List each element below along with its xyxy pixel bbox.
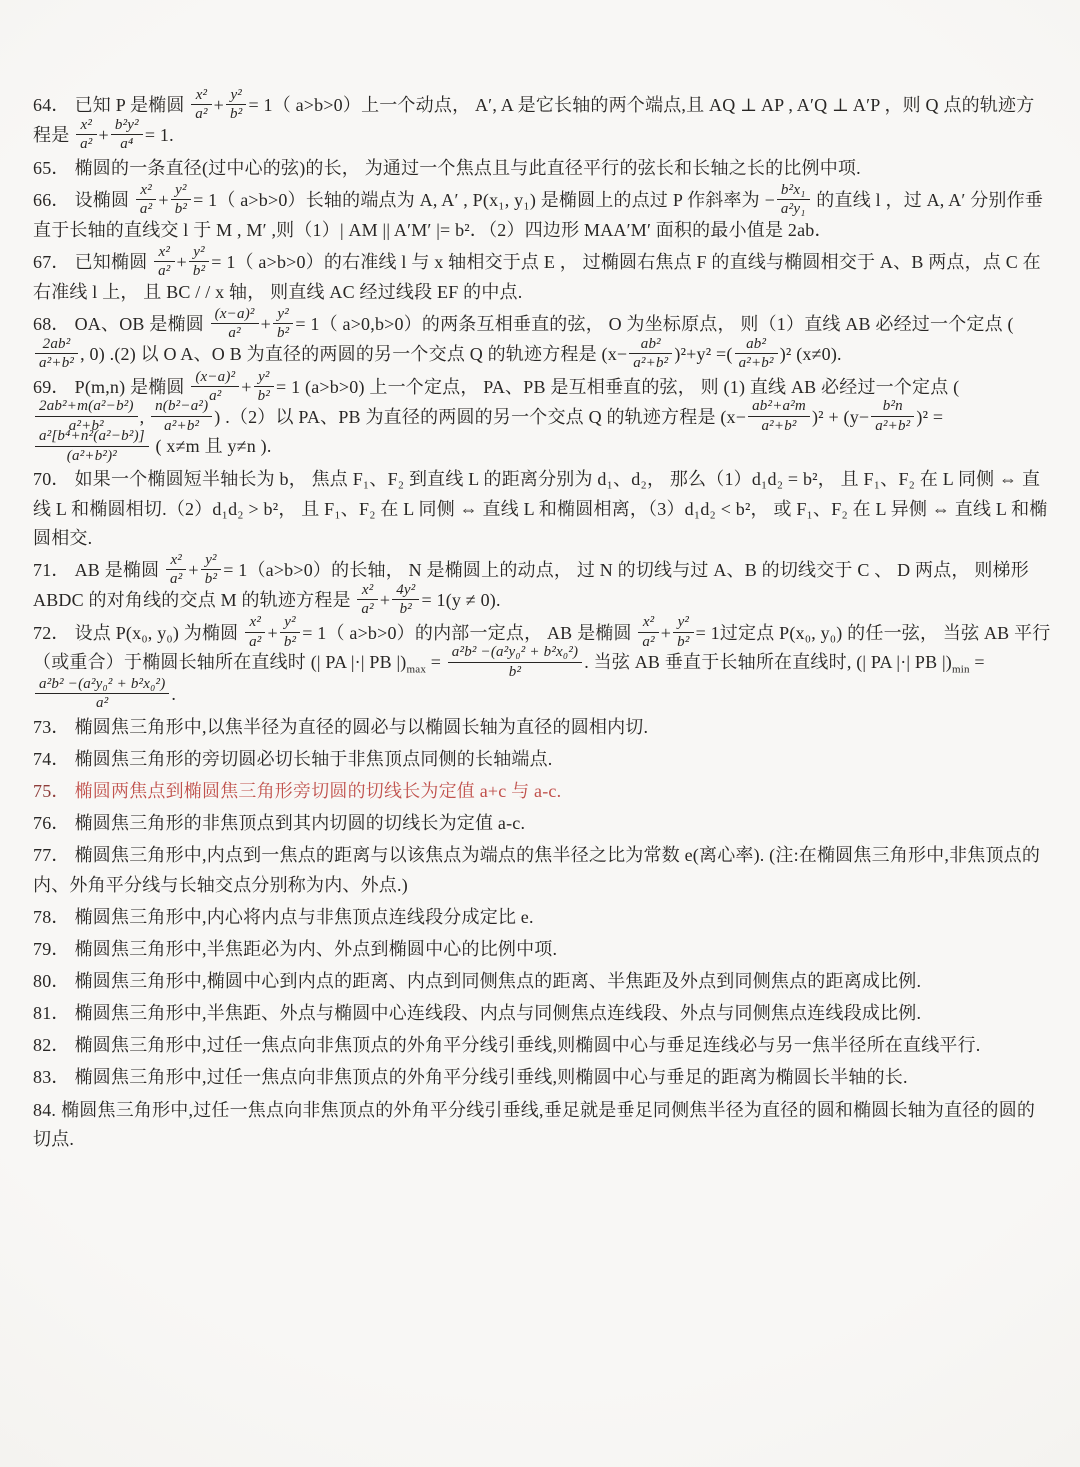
denominator: b² [273, 324, 293, 342]
denominator: a² [245, 633, 265, 651]
denominator: b² [280, 633, 300, 651]
numerator: a²[b⁴+n²(a²−b²)] [35, 428, 149, 447]
item-number: 65． [33, 158, 70, 178]
text-run: + [661, 623, 671, 643]
item-74: 74．椭圆焦三角形的旁切圆必切长轴于非焦顶点同侧的长轴端点. [33, 745, 1052, 774]
denominator: a² [638, 633, 658, 651]
denominator: a²+b² [151, 417, 212, 435]
item-number: 76． [33, 813, 70, 833]
text-run: 椭圆焦三角形中,过任一焦点向非焦顶点的外角平分线引垂线,则椭圆中心与垂足的距离为… [75, 1067, 908, 1087]
fraction: y²b² [280, 614, 300, 650]
denominator: a⁴ [111, 135, 143, 153]
denominator: a²+b² [735, 354, 778, 372]
items-container: 64．已知 P 是椭圆 x²a²+y²b²= 1（ a>b>0）上一个动点， A… [33, 91, 1052, 1154]
item-67: 67．已知椭圆 x²a²+y²b²= 1（ a>b>0）的右准线 l 与 x 轴… [33, 248, 1052, 307]
denominator: a² [166, 570, 186, 588]
item-83: 83．椭圆焦三角形中,过任一焦点向非焦顶点的外角平分线引垂线,则椭圆中心与垂足的… [33, 1063, 1052, 1092]
fraction: y²b² [189, 244, 209, 280]
fraction: y²b² [226, 87, 246, 123]
numerator: b²x₁ [777, 182, 810, 201]
denominator: a² [136, 200, 156, 218]
denominator: a² [35, 694, 169, 712]
item-number: 83． [33, 1067, 70, 1087]
item-number: 77． [33, 845, 70, 865]
text-run: + [177, 252, 187, 272]
item-number: 64． [33, 95, 70, 115]
numerator: y² [254, 369, 274, 388]
fraction: n(b²−a²)a²+b² [151, 398, 212, 434]
text-run: = 1(y ≠ 0). [421, 590, 500, 610]
fraction: y²b² [273, 306, 293, 342]
item-80: 80．椭圆焦三角形中,椭圆中心到内点的距离、内点到同侧焦点的距离、半焦距及外点到… [33, 967, 1052, 996]
text-run: 椭圆焦三角形中,内心将内点与非焦顶点连线段分成定比 e. [75, 907, 534, 927]
text-run: 椭圆两焦点到椭圆焦三角形旁切圆的切线长为定值 a+c 与 a-c. [75, 781, 562, 801]
numerator: y² [273, 306, 293, 325]
numerator: n(b²−a²) [151, 398, 212, 417]
item-number: 75． [33, 781, 70, 801]
fraction: a²[b⁴+n²(a²−b²)](a²+b²)² [35, 428, 149, 464]
text-run: + [99, 125, 109, 145]
text-run: = 1（ a>b>0）的内部一定点， AB 是椭圆 [302, 623, 636, 643]
fraction: x²a² [638, 614, 658, 650]
fraction: y²b² [171, 182, 191, 218]
text-run: 椭圆焦三角形中,半焦距、外点与椭圆中心连线段、内点与同侧焦点连线段、外点与同侧焦… [75, 1003, 922, 1023]
denominator: a²+b² [871, 417, 914, 435]
fraction: a²b² −(a²y₀² + b²x₀²)b² [448, 644, 582, 680]
numerator: ab² [629, 336, 672, 355]
text-run: = 1（ a>0,b>0）的两条互相垂直的弦， O 为坐标原点， 则（1）直线 … [295, 314, 1013, 334]
fraction: y²b² [254, 369, 274, 405]
numerator: (x−a)² [191, 369, 239, 388]
fraction: b²na²+b² [871, 398, 914, 434]
numerator: y² [201, 552, 221, 571]
item-number: 66． [33, 190, 70, 210]
text-run: = [426, 652, 446, 672]
denominator: b² [201, 570, 221, 588]
subscript: max [406, 664, 426, 676]
text-run: 椭圆的一条直径(过中心的弦)的长， 为通过一个焦点且与此直径平行的弦长和长轴之长… [75, 158, 861, 178]
fraction: x²a² [357, 582, 377, 618]
numerator: x² [638, 614, 658, 633]
item-number: 67． [33, 252, 70, 272]
text-run: , [140, 407, 149, 427]
numerator: y² [280, 614, 300, 633]
numerator: 2ab² [35, 336, 78, 355]
text-run: + [267, 623, 277, 643]
text-run: 椭圆焦三角形的旁切圆必切长轴于非焦顶点同侧的长轴端点. [75, 749, 553, 769]
text-run: . [171, 684, 176, 704]
fraction: b²x₁a²y₁ [777, 182, 810, 218]
text-run: = 1（ a>b>0）长轴的端点为 A, A′ , P(x₁, y₁) 是椭圆上… [193, 190, 775, 210]
numerator: b²n [871, 398, 914, 417]
document-page: 64．已知 P 是椭圆 x²a²+y²b²= 1（ a>b>0）上一个动点， A… [0, 0, 1080, 1467]
item-number: 84. [33, 1100, 56, 1120]
numerator: x² [191, 87, 211, 106]
fraction: b²y²a⁴ [111, 117, 143, 153]
item-number: 80． [33, 971, 70, 991]
item-number: 81． [33, 1003, 70, 1023]
item-number: 72． [33, 623, 70, 643]
denominator: a² [357, 600, 377, 618]
numerator: 2ab²+m(a²−b²) [35, 398, 138, 417]
fraction: x²a² [191, 87, 211, 123]
item-82: 82．椭圆焦三角形中,过任一焦点向非焦顶点的外角平分线引垂线,则椭圆中心与垂足连… [33, 1031, 1052, 1060]
denominator: a² [76, 135, 96, 153]
numerator: x² [166, 552, 186, 571]
numerator: y² [226, 87, 246, 106]
denominator: b² [254, 387, 274, 405]
numerator: x² [76, 117, 96, 136]
denominator: b² [171, 200, 191, 218]
text-run: = [970, 652, 985, 672]
numerator: ab² [735, 336, 778, 355]
text-run: ) .（2）以 PA、PB 为直径的两圆的另一个交点 Q 的轨迹方程是 (x− [214, 407, 746, 427]
fraction: x²a² [166, 552, 186, 588]
fraction: y²b² [673, 614, 693, 650]
denominator: a²y₁ [777, 200, 810, 218]
denominator: a²+b² [35, 354, 78, 372]
text-run: 设点 P(x₀, y₀) 为椭圆 [75, 623, 243, 643]
text-run: 已知 P 是椭圆 [75, 95, 190, 115]
item-number: 69． [33, 377, 70, 397]
fraction: x²a² [136, 182, 156, 218]
item-65: 65．椭圆的一条直径(过中心的弦)的长， 为通过一个焦点且与此直径平行的弦长和长… [33, 154, 1052, 183]
fraction: 2ab²a²+b² [35, 336, 78, 372]
item-number: 71． [33, 560, 70, 580]
item-79: 79．椭圆焦三角形中,半焦距必为内、外点到椭圆中心的比例中项. [33, 935, 1052, 964]
numerator: x² [136, 182, 156, 201]
fraction: 4y²b² [392, 582, 419, 618]
text-run: OA、OB 是椭圆 [75, 314, 209, 334]
text-run: + [380, 590, 390, 610]
text-run: , 0) .(2) 以 O A、O B 为直径的两圆的另一个交点 Q 的轨迹方程… [80, 344, 627, 364]
denominator: b² [673, 633, 693, 651]
denominator: a² [211, 324, 259, 342]
item-66: 66．设椭圆 x²a²+y²b²= 1（ a>b>0）长轴的端点为 A, A′ … [33, 186, 1052, 245]
text-run: ( x≠m 且 y≠n ). [151, 436, 272, 456]
subscript: min [952, 664, 970, 676]
numerator: ab²+a²m [748, 398, 810, 417]
text-run: = 1. [145, 125, 174, 145]
text-run: AB 是椭圆 [75, 560, 164, 580]
denominator: a²+b² [748, 417, 810, 435]
item-number: 82． [33, 1035, 70, 1055]
numerator: y² [189, 244, 209, 263]
text-run: 设椭圆 [75, 190, 134, 210]
item-71: 71．AB 是椭圆 x²a²+y²b²= 1（a>b>0）的长轴， N 是椭圆上… [33, 556, 1052, 616]
fraction: x²a² [76, 117, 96, 153]
fraction: ab²a²+b² [735, 336, 778, 372]
item-number: 73． [33, 717, 70, 737]
fraction: (x−a)²a² [211, 306, 259, 342]
numerator: y² [673, 614, 693, 633]
text-run: )² (x≠0). [780, 344, 842, 364]
text-run: + [261, 314, 271, 334]
item-81: 81．椭圆焦三角形中,半焦距、外点与椭圆中心连线段、内点与同侧焦点连线段、外点与… [33, 999, 1052, 1028]
fraction: x²a² [245, 614, 265, 650]
text-run: = 1 (a>b>0) 上一个定点， PA、PB 是互相垂直的弦， 则 (1) … [276, 377, 959, 397]
denominator: a²+b² [629, 354, 672, 372]
item-75: 75．椭圆两焦点到椭圆焦三角形旁切圆的切线长为定值 a+c 与 a-c. [33, 777, 1052, 806]
item-68: 68．OA、OB 是椭圆 (x−a)²a²+y²b²= 1（ a>0,b>0）的… [33, 310, 1052, 370]
text-run: 如果一个椭圆短半轴长为 b， 焦点 F₁、F₂ 到直线 L 的距离分别为 d₁、… [33, 469, 1047, 547]
numerator: b²y² [111, 117, 143, 136]
item-number: 70． [33, 469, 70, 489]
item-number: 74． [33, 749, 70, 769]
text-run: 椭圆焦三角形中,内点到一焦点的距离与以该焦点为端点的焦半径之比为常数 e(离心率… [33, 845, 1040, 894]
numerator: a²b² −(a²y₀² + b²x₀²) [35, 676, 169, 695]
text-run: + [214, 95, 224, 115]
item-72: 72．设点 P(x₀, y₀) 为椭圆 x²a²+y²b²= 1（ a>b>0）… [33, 619, 1052, 710]
numerator: x² [245, 614, 265, 633]
numerator: a²b² −(a²y₀² + b²x₀²) [448, 644, 582, 663]
text-run: . 当弦 AB 垂直于长轴所在直线时, (| PA |·| PB |) [584, 652, 952, 672]
item-78: 78．椭圆焦三角形中,内心将内点与非焦顶点连线段分成定比 e. [33, 903, 1052, 932]
denominator: b² [448, 663, 582, 681]
fraction: ab²a²+b² [629, 336, 672, 372]
denominator: a² [154, 262, 174, 280]
denominator: (a²+b²)² [35, 447, 149, 465]
text-run: + [188, 560, 198, 580]
text-run: 椭圆焦三角形中,半焦距必为内、外点到椭圆中心的比例中项. [75, 939, 558, 959]
text-run: 椭圆焦三角形中,过任一焦点向非焦顶点的外角平分线引垂线,则椭圆中心与垂足连线必与… [75, 1035, 981, 1055]
numerator: x² [154, 244, 174, 263]
text-run: 椭圆焦三角形中,椭圆中心到内点的距离、内点到同侧焦点的距离、半焦距及外点到同侧焦… [75, 971, 922, 991]
text-run: )²+y² =( [674, 344, 732, 364]
denominator: b² [189, 262, 209, 280]
text-run: 已知椭圆 [75, 252, 153, 272]
text-run: 椭圆焦三角形的非焦顶点到其内切圆的切线长为定值 a-c. [75, 813, 526, 833]
numerator: (x−a)² [211, 306, 259, 325]
item-69: 69．P(m,n) 是椭圆 (x−a)²a²+y²b²= 1 (a>b>0) 上… [33, 373, 1052, 463]
item-number: 79． [33, 939, 70, 959]
fraction: a²b² −(a²y₀² + b²x₀²)a² [35, 676, 169, 712]
item-number: 78． [33, 907, 70, 927]
item-73: 73．椭圆焦三角形中,以焦半径为直径的圆必与以椭圆长轴为直径的圆相内切. [33, 713, 1052, 742]
text-run: 椭圆焦三角形中,以焦半径为直径的圆必与以椭圆长轴为直径的圆相内切. [75, 717, 649, 737]
denominator: b² [226, 105, 246, 123]
text-run: + [241, 377, 251, 397]
item-77: 77．椭圆焦三角形中,内点到一焦点的距离与以该焦点为端点的焦半径之比为常数 e(… [33, 841, 1052, 899]
denominator: a² [191, 105, 211, 123]
text-run: )² + (y− [812, 407, 869, 427]
fraction: x²a² [154, 244, 174, 280]
item-76: 76．椭圆焦三角形的非焦顶点到其内切圆的切线长为定值 a-c. [33, 809, 1052, 838]
item-70: 70．如果一个椭圆短半轴长为 b， 焦点 F₁、F₂ 到直线 L 的距离分别为 … [33, 465, 1052, 552]
numerator: y² [171, 182, 191, 201]
item-84: 84.椭圆焦三角形中,过任一焦点向非焦顶点的外角平分线引垂线,垂足就是垂足同侧焦… [33, 1096, 1052, 1154]
numerator: 4y² [392, 582, 419, 601]
item-64: 64．已知 P 是椭圆 x²a²+y²b²= 1（ a>b>0）上一个动点， A… [33, 91, 1052, 151]
text-run: )² = [916, 407, 943, 427]
fraction: y²b² [201, 552, 221, 588]
denominator: b² [392, 600, 419, 618]
item-number: 68． [33, 314, 70, 334]
text-run: P(m,n) 是椭圆 [75, 377, 190, 397]
fraction: ab²+a²ma²+b² [748, 398, 810, 434]
text-run: + [158, 190, 168, 210]
numerator: x² [357, 582, 377, 601]
text-run: 椭圆焦三角形中,过任一焦点向非焦顶点的外角平分线引垂线,垂足就是垂足同侧焦半径为… [33, 1100, 1035, 1149]
